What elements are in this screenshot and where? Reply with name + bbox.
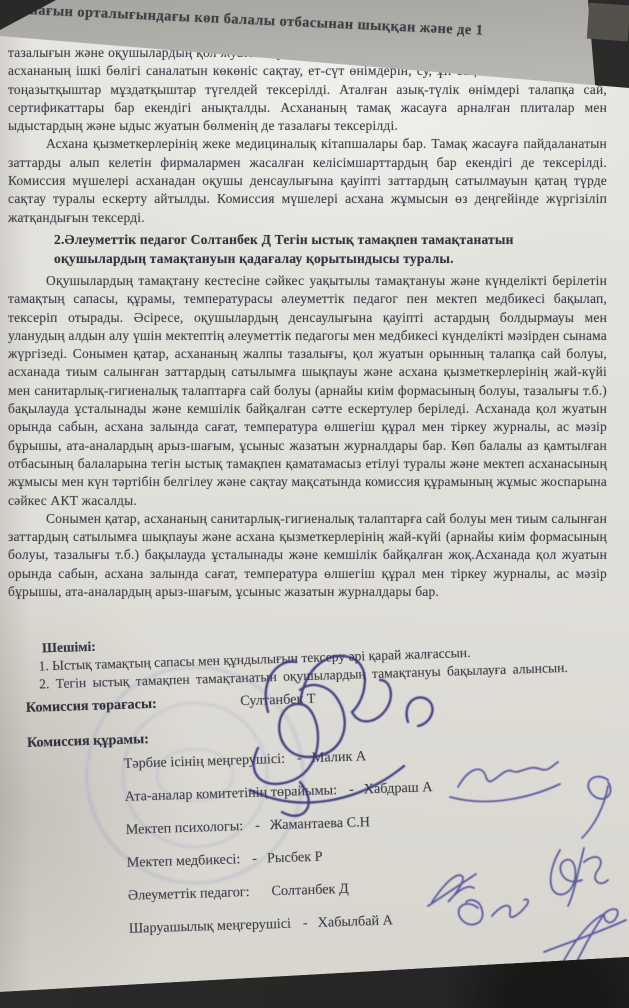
- member-row: Шаруашылық меңгерушісі-Хабылбай А: [129, 904, 623, 938]
- committee-label: Комиссия құрамы:: [27, 731, 149, 751]
- decision-and-signatures: Шешімі: 1. Ыстық тамақтың сапасы мен құн…: [8, 621, 623, 941]
- member-dash: -: [349, 782, 354, 798]
- chairman-label: Комиссия төрағасы:: [26, 696, 157, 716]
- member-dash: -: [255, 818, 260, 834]
- member-dash: -: [252, 851, 257, 867]
- member-name: Жамантаева С.Н: [270, 814, 370, 833]
- member-role: Әлеуметтік педагог:: [128, 884, 250, 904]
- section-heading: 2.Әлеуметтік педагог Солтанбек Д Тегін ы…: [54, 230, 569, 269]
- document-page: тазалығын және оқушылардың қол жуатын ор…: [0, 0, 629, 1008]
- chairman-name: Султанбек Т: [240, 691, 316, 709]
- member-name: Рысбек Р: [267, 849, 323, 867]
- member-dash: [261, 884, 262, 900]
- member-role: Мектеп медбикесі:: [127, 851, 241, 871]
- member-name: Хабылбай А: [317, 912, 393, 930]
- member-dash: -: [303, 915, 308, 931]
- member-row: Әлеуметтік педагог:Солтанбек Д: [128, 871, 622, 905]
- member-role: Мектеп психологы:: [126, 818, 244, 838]
- paragraph-meal-monitoring: Оқушылардың тамақтану кестесіне сәйкес у…: [8, 272, 607, 510]
- member-name: Хабдраш А: [363, 779, 432, 797]
- member-dash: -: [297, 750, 302, 766]
- member-row: Ата-аналар комитетінің төрайымы:-Хабдраш…: [124, 772, 618, 806]
- member-name: Малик А: [312, 748, 367, 766]
- member-name: Солтанбек Д: [271, 881, 349, 899]
- member-role: Ата-аналар комитетінің төрайымы:: [124, 782, 337, 805]
- member-row: Мектеп медбикесі:-Рысбек Р: [127, 838, 621, 872]
- background-sheet-text: шағын орталығындағы көп балалы отбасынан…: [25, 2, 605, 45]
- document-body: тазалығын және оқушылардың қол жуатын ор…: [8, 44, 607, 601]
- paragraph-medical-books: Асхана қызметкерлерінің жеке медициналық…: [8, 135, 607, 226]
- paragraph-sanitary: Сонымен қатар, асхананың санитарлық-гиги…: [8, 510, 607, 601]
- member-row: Мектеп психологы:-Жамантаева С.Н: [125, 805, 619, 839]
- member-role: Тәрбие ісінің меңгерушісі:: [123, 751, 285, 772]
- photo-background: шағын орталығындағы көп балалы отбасынан…: [0, 0, 629, 1008]
- table-gap-top-right: [587, 3, 629, 42]
- member-role: Шаруашылық меңгерушісі: [129, 916, 292, 937]
